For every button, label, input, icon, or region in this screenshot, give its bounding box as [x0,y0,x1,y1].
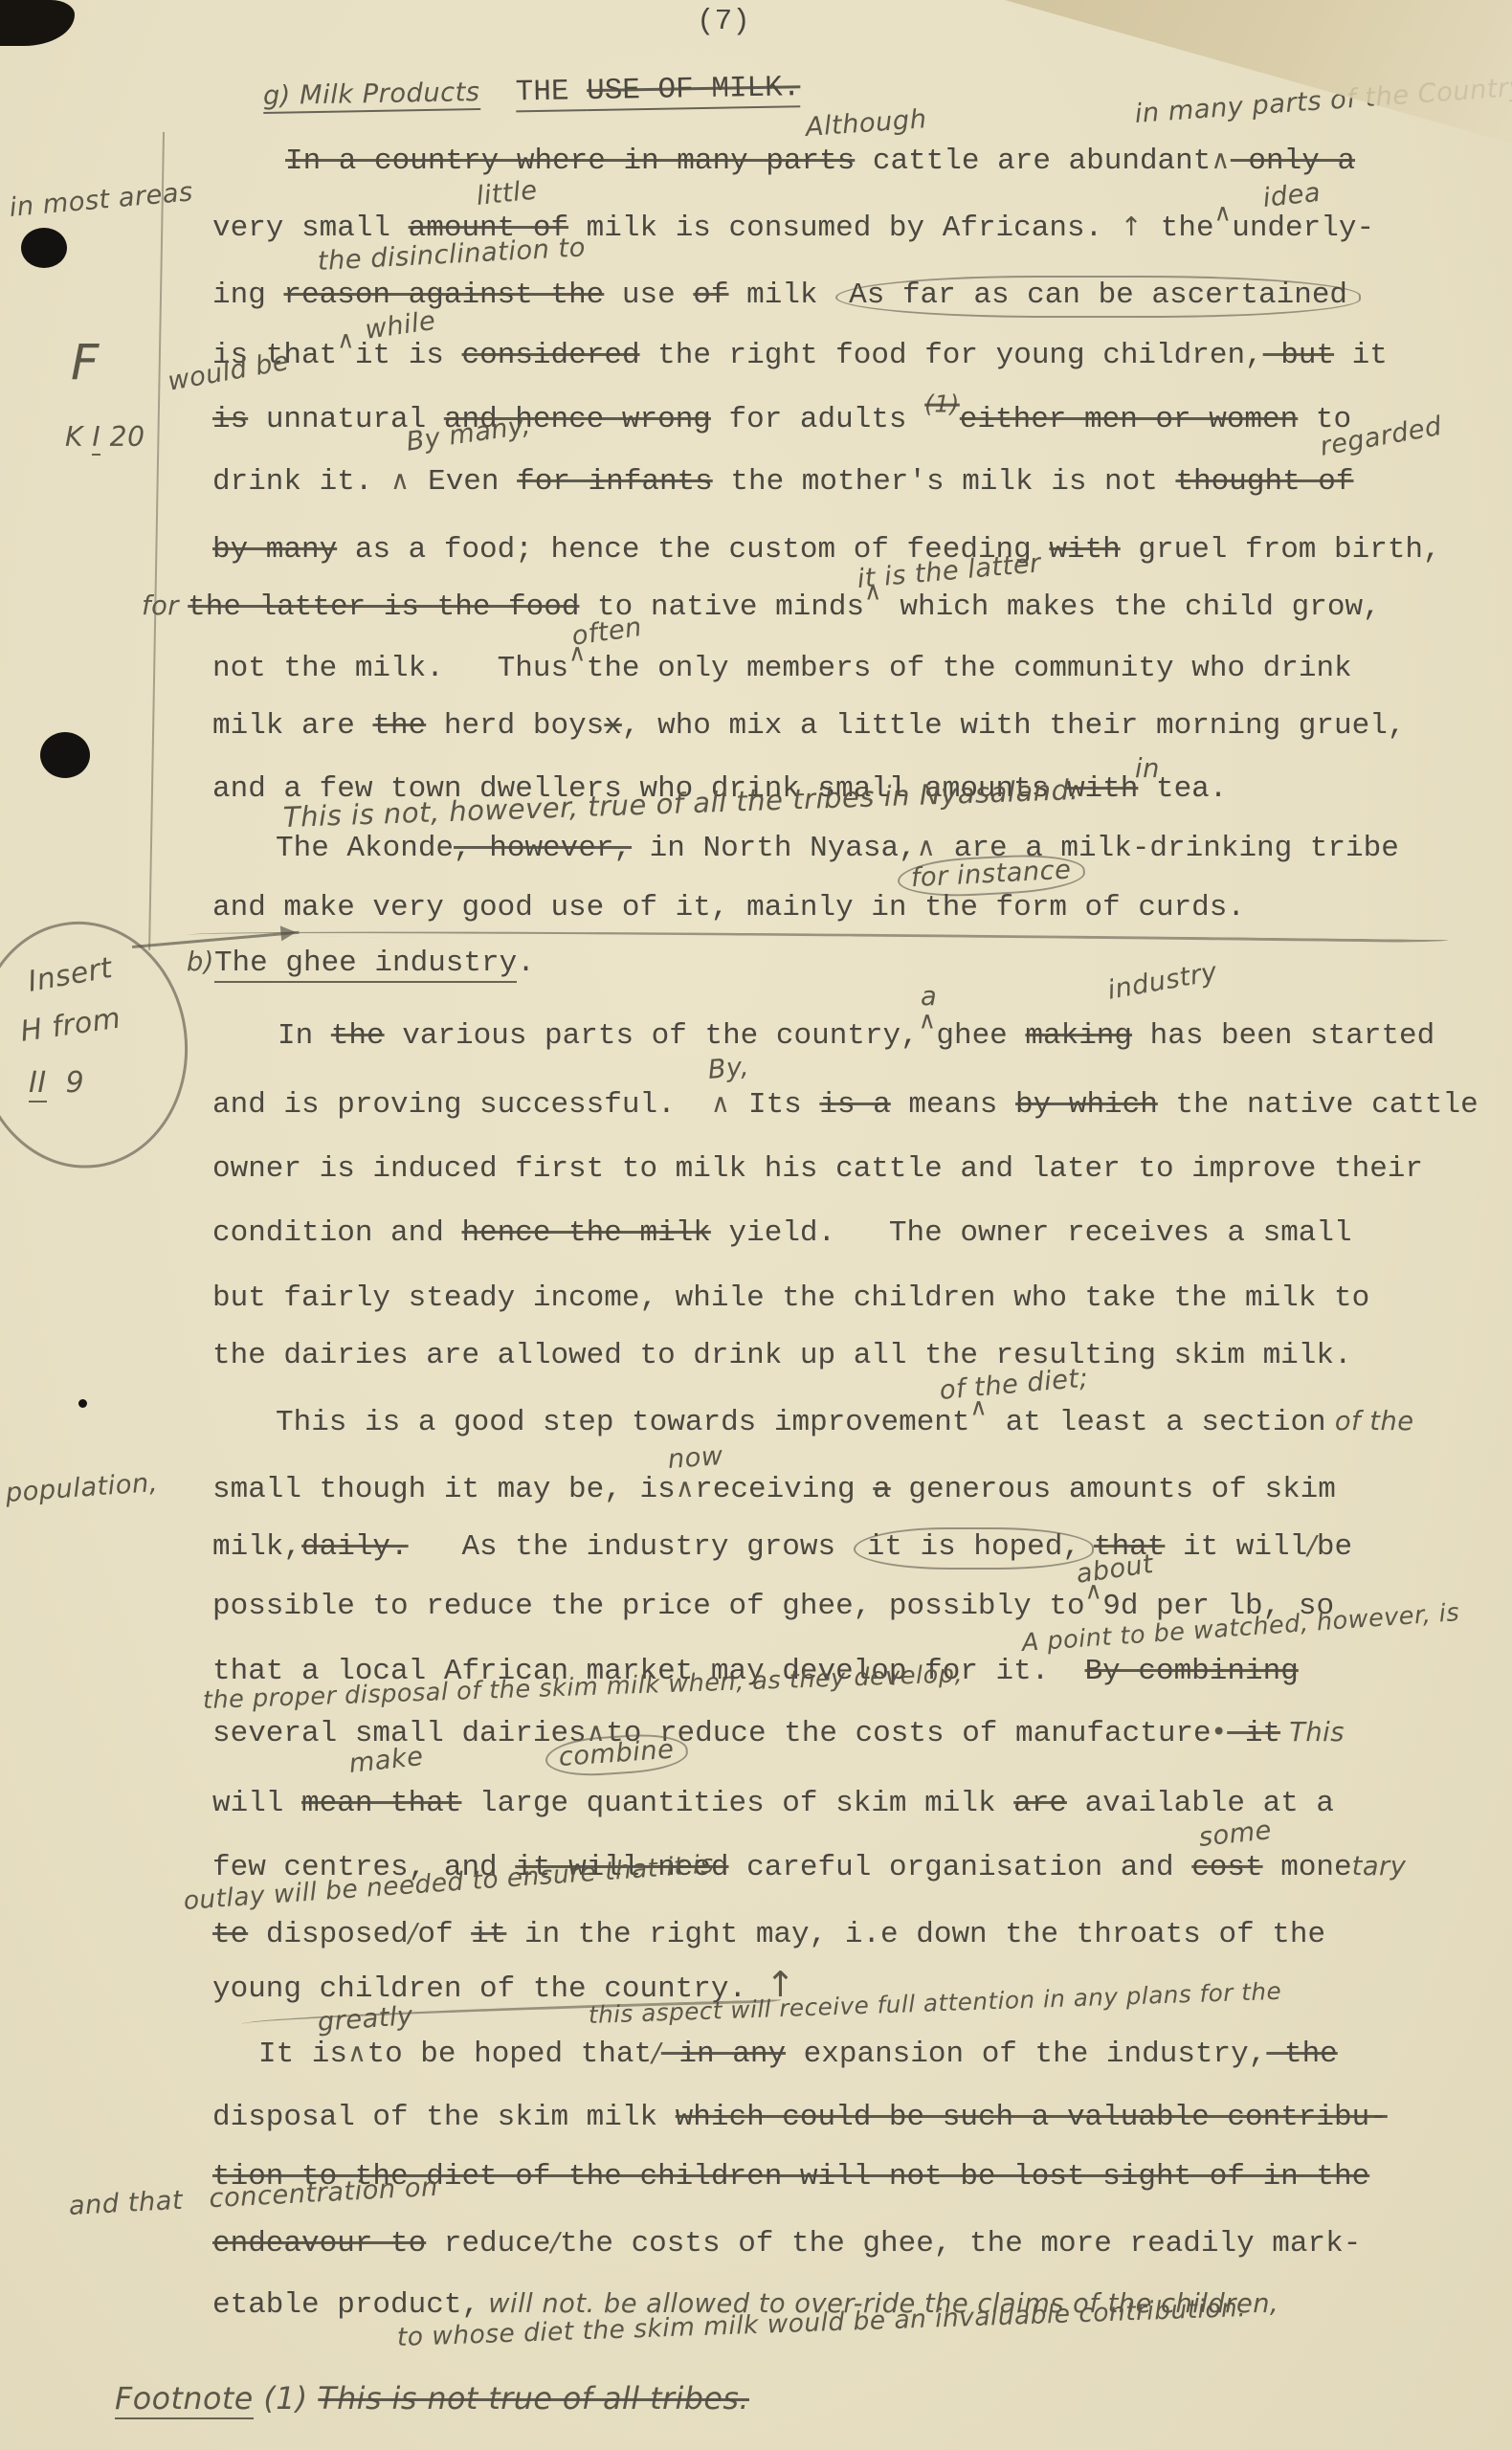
typed-line: (7) [697,6,750,38]
typed-line: by many as a food; hence the custom of f… [212,534,1441,567]
pencil-annotation: make [347,1742,425,1779]
typewriter-text: owner is induced first to milk his cattl… [212,1152,1423,1186]
pencil-annotation: some [1197,1815,1273,1853]
dot-mark [21,228,67,268]
typed-line: te disposed∕of it in the right may, i.e … [212,1919,1325,1951]
typewriter-text: which makes the child grow, [882,590,1381,624]
typewriter-text: tea. [1138,772,1227,806]
typewriter-text: , however, [454,832,632,865]
handwritten-note: little [475,175,539,214]
typed-line: The Akonde, however, in North Nyasa,∧ ar… [276,833,1399,865]
pencil-annotation: 20 [100,421,145,453]
typewriter-text: only a [1231,145,1355,178]
pencil-annotation: ∧ [676,1474,695,1503]
typewriter-text: milk is consumed by Africans. [568,212,1121,245]
typed-line: is that∧it is considered the right food … [212,340,1388,372]
typewriter-text: a [873,1473,891,1506]
typewriter-text: of [417,1918,471,1951]
typewriter-text: in any [661,2038,786,2071]
typewriter-text: available at a [1067,1787,1334,1820]
typewriter-text: which could be such a valuable contribu- [676,2101,1388,2134]
typewriter-text: etable product, [212,2288,479,2322]
pencil-annotation: population, [5,1468,159,1508]
typewriter-text: has been started [1132,1019,1434,1053]
handwritten-note: some [1197,1815,1273,1856]
typewriter-text: milk, [212,1530,301,1564]
typed-line: owner is induced first to milk his cattl… [212,1153,1423,1186]
typewriter-text: careful organisation and [729,1851,1192,1884]
handwritten-note: idea [1261,178,1323,216]
typed-line: drink it. ∧ Even for infants the mother'… [212,466,1353,499]
pencil-annotation: By, [707,1052,750,1085]
typewriter-text: the [372,709,426,743]
typewriter-text: either men or women [960,403,1298,436]
typewriter-text: mean that [301,1787,461,1820]
typewriter-text: it is [355,339,462,372]
typewriter-text: making [1025,1019,1132,1053]
typed-line: disposal of the skim milk which could be… [212,2102,1388,2134]
pencil-annotation: ∧ [970,1394,989,1420]
typewriter-text: various parts of the country, [385,1019,919,1053]
typewriter-text: in North Nyasa, [632,832,917,865]
typewriter-text: thought of [1175,465,1353,499]
pencil-annotation: now [667,1441,724,1475]
typewriter-text: drink it. [212,465,390,499]
typed-line: condition and hence the milk yield. The … [212,1217,1352,1250]
pencil-annotation: • [1212,1718,1228,1748]
typewriter-text: of [693,278,728,312]
typed-line: is unnatural and hence wrong for adults … [212,404,1351,436]
typewriter-text: considered [462,339,640,372]
typed-line: and is proving successful. ∧ Its is a me… [212,1089,1479,1122]
typewriter-text: and make very good use of it, mainly in … [212,891,1245,924]
pencil-annotation: This [1280,1718,1345,1748]
typed-line: for the latter is the food to native min… [142,591,1381,624]
pencil-annotation: ∕ [1307,1531,1317,1561]
handwritten-note: make [347,1742,425,1782]
typewriter-text: USE OF MILK. [587,71,801,111]
typed-line: milk,daily. As the industry grows it is … [212,1531,1352,1564]
typed-line: ing reason against the use of milk As fa… [212,279,1361,312]
typewriter-text: disposal of the skim milk [212,2101,676,2134]
typewriter-text: the right food for young children, [640,339,1263,372]
typewriter-text: underly- [1232,212,1374,245]
typewriter-text: not the milk. Thus [212,652,568,685]
typewriter-text: x [604,709,622,743]
typewriter-text: Its [730,1088,819,1122]
pencil-annotation: for [142,591,188,621]
pencil-annotation: ∧ [711,1089,730,1119]
typewriter-text: the native cattle [1158,1088,1479,1122]
typewriter-text: mone [1263,1851,1352,1884]
handwritten-note: F [71,335,100,396]
typewriter-text: In a country where in many parts [285,145,855,178]
pencil-annotation: of the [1326,1407,1414,1437]
pencil-annotation: ∧ [347,2038,367,2068]
pencil-annotation: ∧ [864,579,882,605]
pencil-annotation: g) Milk Products [263,78,480,114]
typed-line: and make very good use of it, mainly in … [212,892,1245,924]
typewriter-text: THE [515,75,587,112]
pencil-annotation: ∕ [652,2038,661,2068]
pencil-annotation: industry [1105,957,1219,1006]
pencil-annotation: Although [805,104,928,143]
typewriter-text: by many [212,533,337,567]
pencil-annotation: Footnote [115,2382,254,2419]
pencil-annotation: ↑ [1121,212,1143,242]
typewriter-text: be [1317,1530,1352,1564]
pencil-annotation: I [92,421,100,456]
pencil-annotation: ∕ [409,1919,418,1949]
typewriter-text: very small [212,212,409,245]
typewriter-text: it will [1165,1530,1307,1564]
typewriter-text: the [331,1019,385,1053]
typewriter-text: for adults [711,403,924,436]
typewriter-text: the only members of the community who dr… [587,652,1352,685]
typewriter-text: receiving [695,1473,873,1506]
pencil-annotation: F [71,335,100,391]
typewriter-text: reduce [426,2227,550,2261]
typed-line: small though it may be, is∧receiving a g… [212,1474,1336,1506]
typewriter-text: but fairly steady income, while the chil… [212,1281,1369,1315]
typewriter-text: , who mix a little with their morning gr… [622,709,1406,743]
pencil-annotation: (1) [254,2382,319,2417]
typewriter-text: with [1049,533,1120,567]
typewriter-text: it is hoped, [854,1527,1094,1570]
typewriter-text: By combining [1085,1655,1299,1688]
dot-mark [40,732,90,778]
typed-line: g) Milk Products THE USE OF MILK. [263,72,801,114]
typewriter-text: In [278,1019,331,1053]
typewriter-text: use [604,278,693,312]
typewriter-text: possible to reduce the price of ghee, po… [212,1590,1085,1623]
typed-line: In the various parts of the country,∧ghe… [278,1020,1434,1053]
typewriter-text: disposed [248,1918,408,1951]
typewriter-text: in the right may, i.e down the throats o… [506,1918,1325,1951]
typewriter-text: endeavour to [212,2227,426,2261]
typewriter-text: herd boys [426,709,604,743]
blob-mark [0,0,75,46]
pencil-annotation: tary [1352,1852,1407,1882]
typewriter-text: but [1263,339,1334,372]
pencil-annotation: This is not true of all tribes. [318,2382,749,2417]
pencil-annotation: b) [187,947,214,977]
typewriter-text: . [517,947,535,980]
handwritten-note: By, [707,1052,751,1088]
handwritten-note: Although [805,104,928,145]
typed-line: the dairies are allowed to drink up all … [212,1340,1352,1372]
typewriter-text: it [471,1918,506,1951]
typewriter-text: means [891,1088,1015,1122]
typewriter-text: the latter is the food [188,590,579,624]
typewriter-text: generous amounts of skim [891,1473,1336,1506]
pencil-annotation: ∧ [337,327,355,353]
pencil-annotation: ∧ [917,833,936,862]
handwritten-note: population, [5,1468,159,1511]
typewriter-text: large quantities of skim milk [461,1787,1013,1820]
typewriter-text: is a [819,1088,890,1122]
typewriter-text: and is proving successful. [212,1088,711,1122]
handwritten-note: K I 20 [65,421,145,455]
typewriter-text: the mother's milk is not [713,465,1176,499]
pencil-annotation: ∧ [568,640,587,666]
typewriter-text: at least a section [988,1406,1325,1439]
typewriter-text: ghee [936,1019,1025,1053]
pencil-annotation: ∧ [919,1008,937,1034]
typewriter-text: milk are [212,709,372,743]
handwritten-note: Footnote (1) This is not true of all tri… [115,2381,749,2419]
typewriter-text: daily. [301,1530,409,1564]
typed-line: endeavour to reduce∕the costs of the ghe… [212,2228,1361,2261]
typewriter-text: yield. The owner receives a small [711,1216,1352,1250]
typed-line: b)The ghee industry. [187,947,535,980]
pencil-annotation: ∧ [1085,1578,1103,1604]
typewriter-text: cattle are abundant [855,145,1211,178]
typed-line: This is a good step towards improvement∧… [276,1407,1414,1439]
typewriter-text: it [1227,1717,1280,1750]
typewriter-text: expansion of the industry, [786,2038,1266,2071]
manuscript-page: (7)g) Milk Products THE USE OF MILK.Alth… [0,0,1512,2450]
typewriter-text: reason against the [283,278,604,312]
typewriter-text: the [1266,2038,1337,2071]
typewriter-text [479,76,516,110]
typewriter-text: (7) [697,5,750,38]
pencil-annotation: ∧ [1211,145,1230,175]
dot-mark [78,1399,87,1408]
typewriter-text: by which [1015,1088,1158,1122]
typewriter-text: is [212,403,248,436]
typewriter-text: the [1143,212,1213,245]
typewriter-text: the costs of the ghee, the more readily … [560,2227,1361,2261]
pencil-annotation: ∕ [550,2228,560,2258]
typewriter-text: ing [212,278,283,312]
typewriter-text: cost [1191,1851,1262,1884]
typewriter-text: small though it may be, is [212,1473,676,1506]
typed-line: will mean that large quantities of skim … [212,1788,1334,1820]
typewriter-text: Even [411,465,518,499]
typewriter-text: will [212,1787,301,1820]
typed-line: It is∧to be hoped that∕ in any expansion… [258,2038,1338,2071]
pencil-annotation: K [65,421,92,453]
ellipse-mark [0,911,200,1179]
typewriter-text: As the industry grows [409,1530,854,1564]
pencil-annotation: ∧ [390,466,410,496]
typewriter-text: As far as can be ascertained [835,276,1361,318]
typed-line: milk are the herd boysx, who mix a littl… [212,710,1405,743]
typewriter-text: to reduce the costs of manufacture [606,1717,1212,1750]
typed-line: very small amount of milk is consumed by… [212,212,1374,245]
typewriter-text: hence the milk [461,1216,710,1250]
typewriter-text: It is [258,2038,347,2071]
typewriter-text: to be hoped that [367,2038,652,2071]
typewriter-text: are [1013,1787,1067,1820]
typewriter-text: This is a good step towards improvement [276,1406,970,1439]
pencil-annotation: little [475,175,539,212]
typewriter-text: milk [729,278,836,312]
typewriter-text: gruel from birth, [1121,533,1441,567]
typewriter-text: condition and [212,1216,461,1250]
typewriter-text: The ghee industry [214,947,517,983]
typewriter-text: the dairies are allowed to drink up all … [212,1339,1352,1372]
pencil-annotation: idea [1261,178,1322,213]
vline-mark [148,132,167,950]
typed-line: In a country where in many parts cattle … [285,145,1355,178]
typewriter-text: for infants [517,465,713,499]
pencil-annotation: ∧ [1214,200,1233,226]
pencil-annotation: (1) [924,391,960,417]
typewriter-text: te [212,1918,248,1951]
typed-line: not the milk. Thus∧the only members of t… [212,653,1352,685]
handwritten-note: industry [1105,957,1220,1009]
typewriter-text: The Akonde [276,832,454,865]
typewriter-text: it [1334,339,1388,372]
typed-line: but fairly steady income, while the chil… [212,1282,1369,1315]
